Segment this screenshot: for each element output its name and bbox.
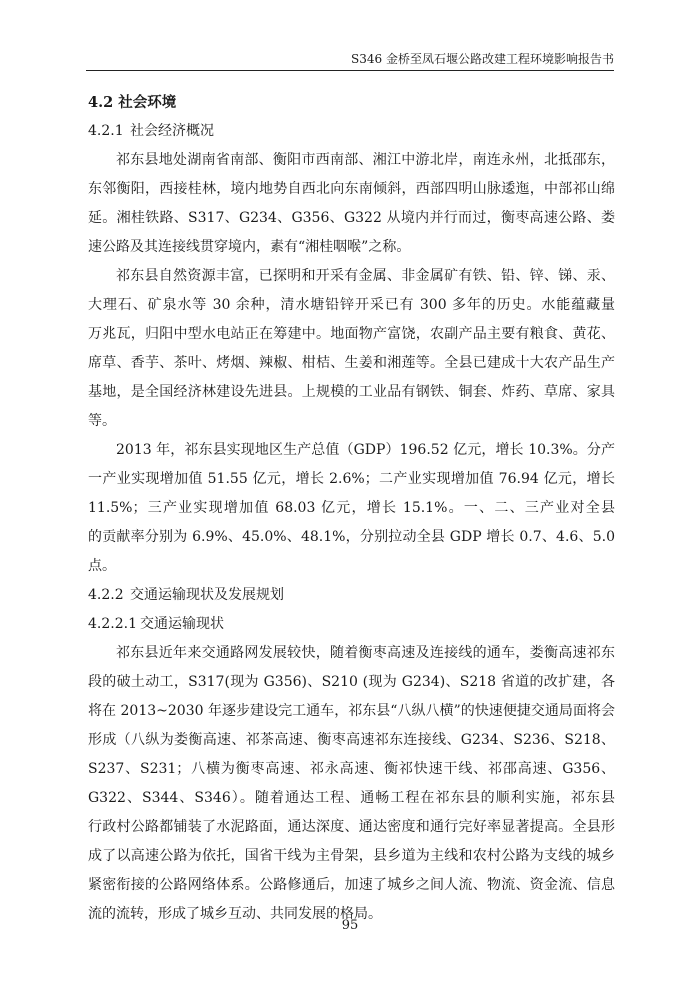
paragraph-line: S237、S231；八横为衡枣高速、祁永高速、衡祁快速干线、祁邵高速、G356、 [88,755,615,784]
section-heading: 4.2 社会环境 [88,88,615,117]
paragraph-gdp: 2013 年，祁东县实现地区生产总值（GDP）196.52 亿元，增长 10.3… [88,436,615,581]
paragraph-line: 紧密衔接的公路网络体系。公路修通后，加速了城乡之间人流、物流、资金流、信息 [88,871,615,900]
paragraph-line: 速公路及其连接线贯穿境内，素有“湘桂咽喉”之称。 [88,233,615,262]
paragraph-line: 席草、香芋、茶叶、烤烟、辣椒、柑桔、生姜和湘莲等。全县已建成十大农产品生产 [88,349,615,378]
paragraph-line: 2013 年，祁东县实现地区生产总值（GDP）196.52 亿元，增长 10.3… [88,436,615,465]
subsubsection-number: 4.2.2.1 [88,610,140,639]
paragraph-line: 祁东县自然资源丰富，已探明和开采有金属、非金属矿有铁、铅、锌、锑、汞、 [88,262,615,291]
paragraph-line: 大理石、矿泉水等 30 余种，清水塘铅锌开采已有 300 多年的历史。水能蕴藏量… [88,291,615,320]
section-title: 社会环境 [118,94,176,111]
paragraph-line: 等。 [88,407,615,436]
paragraph-line: 万兆瓦，归阳中型水电站正在筹建中。地面物产富饶，农副产品主要有粮食、黄花、 [88,320,615,349]
paragraph-line: 一产业实现增加值 51.55 亿元，增长 2.6%；二产业实现增加值 76.94… [88,465,615,494]
subsection-number: 4.2.2 [88,581,130,610]
subsubsection-title: 交通运输现状 [140,616,224,632]
subsection-title: 交通运输现状及发展规划 [130,587,284,603]
paragraph-line: 将在 2013~2030 年逐步建设完工通车，祁东县“八纵八横”的快速便捷交通局… [88,697,615,726]
paragraph-line: G322、S344、S346）。随着通达工程、通畅工程在祁东县的顺利实施，祁东县… [88,784,615,813]
paragraph-line: 祁东县地处湖南省南部、衡阳市西南部、湘江中游北岸，南连永州，北抵邵东， [88,146,615,175]
page-number: 95 [0,918,700,933]
subsection-title: 社会经济概况 [130,123,214,139]
page-header: S346 金桥至凤石堰公路改建工程环境影响报告书 [86,50,614,71]
section-number: 4.2 [88,94,113,111]
paragraph-line: 的贡献率分别为 6.9%、45.0%、48.1%，分别拉动全县 GDP 增长 0… [88,523,615,552]
paragraph-line: 基地，是全国经济林建设先进县。上规模的工业品有钢铁、铜套、炸药、草席、家具 [88,378,615,407]
paragraph-line: 11.5%；三产业实现增加值 68.03 亿元，增长 15.1%。一、二、三产业… [88,494,615,523]
paragraph-transport: 祁东县近年来交通路网发展较快，随着衡枣高速及连接线的通车，娄衡高速祁东 段的破土… [88,639,615,929]
subsection-heading-transport: 4.2.2交通运输现状及发展规划 [88,581,615,610]
paragraph-line: 东邻衡阳，西接桂林，境内地势自西北向东南倾斜，西部四明山脉逶迤，中部祁山绵 [88,175,615,204]
paragraph-line: 延。湘桂铁路、S317、G234、G356、G322 从境内并行而过，衡枣高速公… [88,204,615,233]
document-title: S346 金桥至凤石堰公路改建工程环境影响报告书 [351,50,614,67]
paragraph-line: 段的破土动工，S317(现为 G356)、S210 (现为 G234)、S218… [88,668,615,697]
page-content: 4.2 社会环境 4.2.1社会经济概况 祁东县地处湖南省南部、衡阳市西南部、湘… [88,88,615,929]
paragraph-line: 形成（八纵为娄衡高速、祁茶高速、衡枣高速祁东连接线、G234、S236、S218… [88,726,615,755]
subsection-heading-social-economy: 4.2.1社会经济概况 [88,117,615,146]
paragraph-line: 成了以高速公路为依托，国省干线为主骨架，县乡道为主线和农村公路为支线的城乡 [88,842,615,871]
subsection-number: 4.2.1 [88,117,130,146]
paragraph-line: 点。 [88,552,615,581]
paragraph-resources: 祁东县自然资源丰富，已探明和开采有金属、非金属矿有铁、铅、锌、锑、汞、 大理石、… [88,262,615,436]
paragraph-location: 祁东县地处湖南省南部、衡阳市西南部、湘江中游北岸，南连永州，北抵邵东， 东邻衡阳… [88,146,615,262]
paragraph-line: 祁东县近年来交通路网发展较快，随着衡枣高速及连接线的通车，娄衡高速祁东 [88,639,615,668]
paragraph-line: 行政村公路都铺装了水泥路面，通达深度、通达密度和通行完好率显著提高。全县形 [88,813,615,842]
subsubsection-heading-transport-status: 4.2.2.1交通运输现状 [88,610,615,639]
